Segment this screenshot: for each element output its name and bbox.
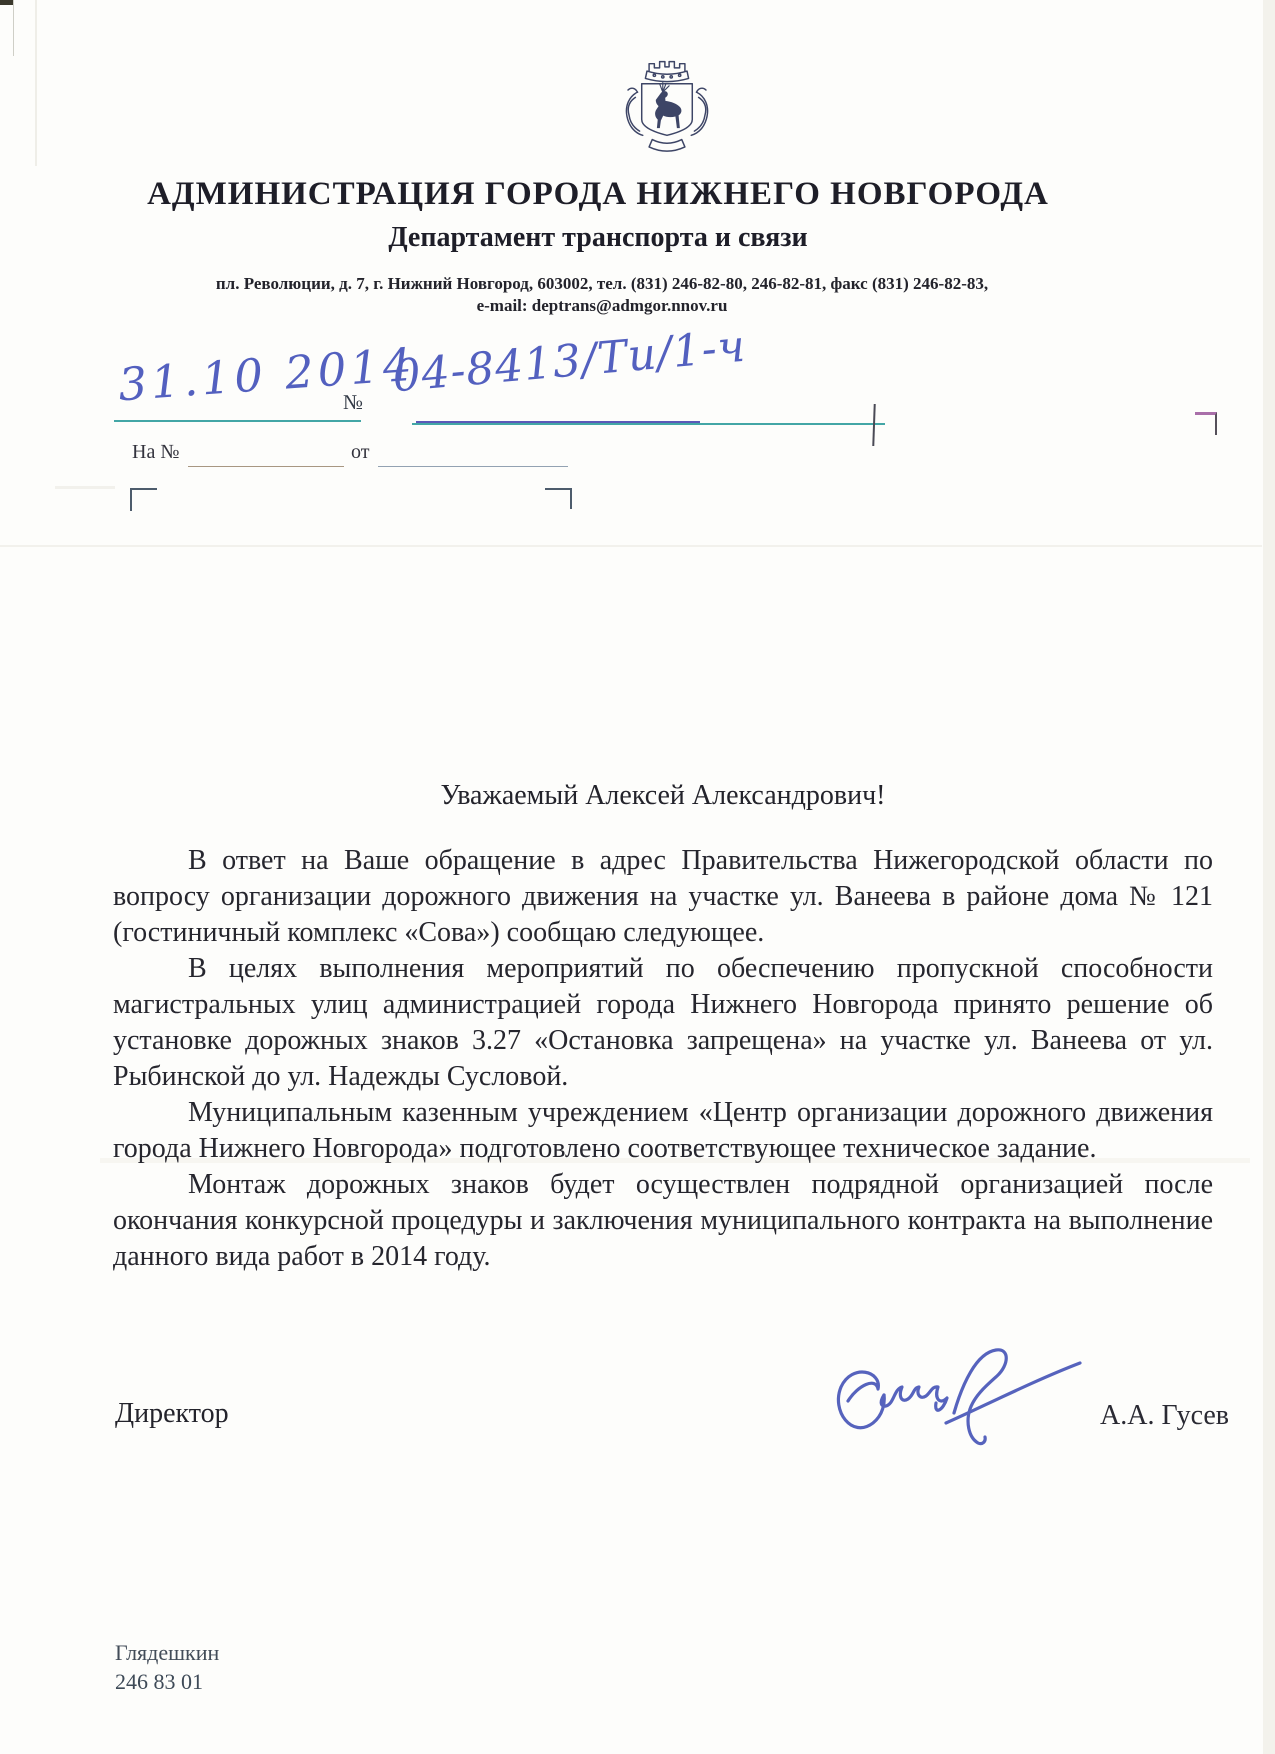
number-sign-label: № xyxy=(343,390,363,415)
paragraph: Монтаж дорожных знаков будет осуществлен… xyxy=(113,1167,1213,1275)
email-line: e-mail: deptrans@admgor.nnov.ru xyxy=(0,296,1204,316)
executor-phone: 246 83 01 xyxy=(115,1669,203,1695)
organization-name: АДМИНИСТРАЦИЯ ГОРОДА НИЖНЕГО НОВГОРОДА xyxy=(0,176,1196,213)
address-line: пл. Революции, д. 7, г. Нижний Новгород,… xyxy=(0,274,1204,294)
scan-corner-artifact xyxy=(0,0,14,5)
crown-battlements xyxy=(649,62,685,71)
reply-number-label: На № xyxy=(132,441,179,464)
salutation: Уважаемый Алексей Александрович! xyxy=(113,780,1213,812)
position-title: Директор xyxy=(115,1398,229,1430)
crown-base xyxy=(645,71,688,82)
department-name: Департамент транспорта и связи xyxy=(0,222,1196,254)
reply-from-line xyxy=(378,466,568,467)
number-underline-ink xyxy=(416,421,700,423)
reply-number-line xyxy=(188,466,344,467)
signer-name: А.А. Гусев xyxy=(1100,1400,1229,1432)
number-underline xyxy=(412,423,885,425)
letter-body: В ответ на Ваше обращение в адрес Правит… xyxy=(113,843,1213,1275)
coat-of-arms-emblem xyxy=(608,50,726,168)
handwritten-date: 31.10 2014 xyxy=(117,338,418,412)
date-underline xyxy=(114,420,361,422)
paragraph: Муниципальным казенным учреждением «Цент… xyxy=(113,1095,1213,1167)
scanned-letter-page: АДМИНИСТРАЦИЯ ГОРОДА НИЖНЕГО НОВГОРОДА Д… xyxy=(0,0,1275,1754)
deer-silhouette xyxy=(655,91,681,128)
pen-stroke-artifact xyxy=(872,404,875,446)
corner-mark-left xyxy=(130,488,157,511)
corner-mark-right xyxy=(545,488,572,509)
right-curl xyxy=(697,88,706,92)
scan-edge-line xyxy=(13,0,14,56)
left-curl xyxy=(628,88,637,92)
executor-name: Глядешкин xyxy=(115,1640,219,1666)
reply-from-label: от xyxy=(351,441,369,464)
scan-right-edge-band xyxy=(1263,0,1275,1754)
bottom-ribbon xyxy=(649,140,685,152)
scan-streak xyxy=(0,545,1262,547)
paragraph: В ответ на Ваше обращение в адрес Правит… xyxy=(113,843,1213,951)
handwritten-outgoing-number: 04-8413/Ти/1-ч xyxy=(390,321,748,403)
scan-edge-band xyxy=(35,0,37,166)
paragraph: В целях выполнения мероприятий по обеспе… xyxy=(113,951,1213,1095)
scan-streak xyxy=(55,486,115,489)
corner-mark-top-right-outer xyxy=(1195,412,1217,435)
handwritten-signature-icon xyxy=(828,1343,1096,1461)
